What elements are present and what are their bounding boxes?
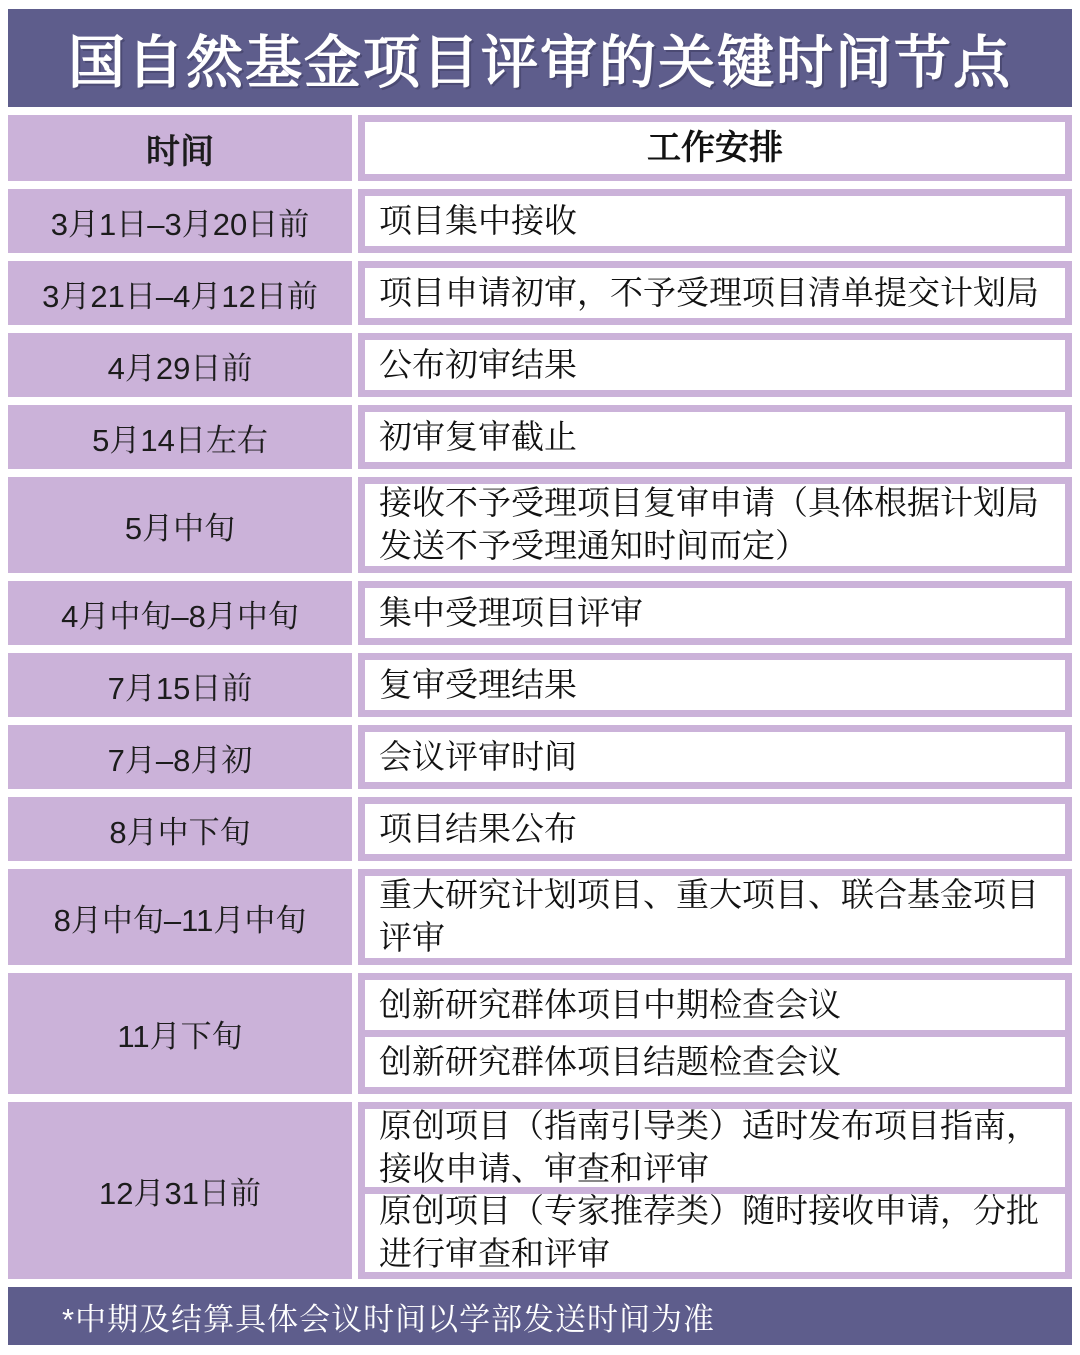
- task-cell: 项目集中接收: [358, 189, 1072, 253]
- table-row: 3月21日–4月12日前 项目申请初审，不予受理项目清单提交计划局: [8, 261, 1072, 325]
- time-cell: 5月中旬: [8, 477, 352, 573]
- time-cell: 11月下旬: [8, 973, 352, 1094]
- footnote: *中期及结算具体会议时间以学部发送时间为准: [62, 1294, 715, 1339]
- time-cell: 8月中下旬: [8, 797, 352, 861]
- task-cell: 原创项目（指南引导类）适时发布项目指南，接收申请、审查和评审: [358, 1102, 1072, 1194]
- time-cell: 4月中旬–8月中旬: [8, 581, 352, 645]
- time-cell: 7月–8月初: [8, 725, 352, 789]
- task-cell: 公布初审结果: [358, 333, 1072, 397]
- time-cell: 3月21日–4月12日前: [8, 261, 352, 325]
- time-cell: 7月15日前: [8, 653, 352, 717]
- task-cell: 创新研究群体项目结题检查会议: [358, 1030, 1072, 1094]
- table-row: 5月14日左右 初审复审截止: [8, 405, 1072, 469]
- title-banner: 国自然基金项目评审的关键时间节点: [8, 9, 1072, 107]
- time-cell: 3月1日–3月20日前: [8, 189, 352, 253]
- task-cell: 项目结果公布: [358, 797, 1072, 861]
- table-row: 4月29日前 公布初审结果: [8, 333, 1072, 397]
- task-cell: 重大研究计划项目、重大项目、联合基金项目评审: [358, 869, 1072, 965]
- table-row: 7月15日前 复审受理结果: [8, 653, 1072, 717]
- task-cell: 初审复审截止: [358, 405, 1072, 469]
- table-row: 8月中旬–11月中旬 重大研究计划项目、重大项目、联合基金项目评审: [8, 869, 1072, 965]
- footnote-bar: *中期及结算具体会议时间以学部发送时间为准: [8, 1287, 1072, 1345]
- table-row: 11月下旬 创新研究群体项目中期检查会议 创新研究群体项目结题检查会议: [8, 973, 1072, 1094]
- task-cell: 原创项目（专家推荐类）随时接收申请，分批进行审查和评审: [358, 1187, 1072, 1279]
- table-row: 8月中下旬 项目结果公布: [8, 797, 1072, 861]
- task-cell: 创新研究群体项目中期检查会议: [358, 973, 1072, 1037]
- task-cell: 集中受理项目评审: [358, 581, 1072, 645]
- time-cell: 4月29日前: [8, 333, 352, 397]
- time-cell: 8月中旬–11月中旬: [8, 869, 352, 965]
- time-cell: 5月14日左右: [8, 405, 352, 469]
- table-row: 12月31日前 原创项目（指南引导类）适时发布项目指南，接收申请、审查和评审 原…: [8, 1102, 1072, 1279]
- time-cell: 12月31日前: [8, 1102, 352, 1279]
- task-cell: 项目申请初审，不予受理项目清单提交计划局: [358, 261, 1072, 325]
- page: 国自然基金项目评审的关键时间节点 时间 工作安排 3月1日–3月20日前 项目集…: [0, 0, 1080, 1355]
- task-cell: 会议评审时间: [358, 725, 1072, 789]
- column-header-work: 工作安排: [358, 115, 1072, 181]
- task-cell: 复审受理结果: [358, 653, 1072, 717]
- column-header-time: 时间: [8, 115, 352, 181]
- table-header-row: 时间 工作安排: [8, 115, 1072, 181]
- table-row: 4月中旬–8月中旬 集中受理项目评审: [8, 581, 1072, 645]
- table-row: 3月1日–3月20日前 项目集中接收: [8, 189, 1072, 253]
- task-cell: 接收不予受理项目复审申请（具体根据计划局发送不予受理通知时间而定）: [358, 477, 1072, 573]
- table-row: 7月–8月初 会议评审时间: [8, 725, 1072, 789]
- page-title: 国自然基金项目评审的关键时间节点: [68, 17, 1012, 99]
- table-row: 5月中旬 接收不予受理项目复审申请（具体根据计划局发送不予受理通知时间而定）: [8, 477, 1072, 573]
